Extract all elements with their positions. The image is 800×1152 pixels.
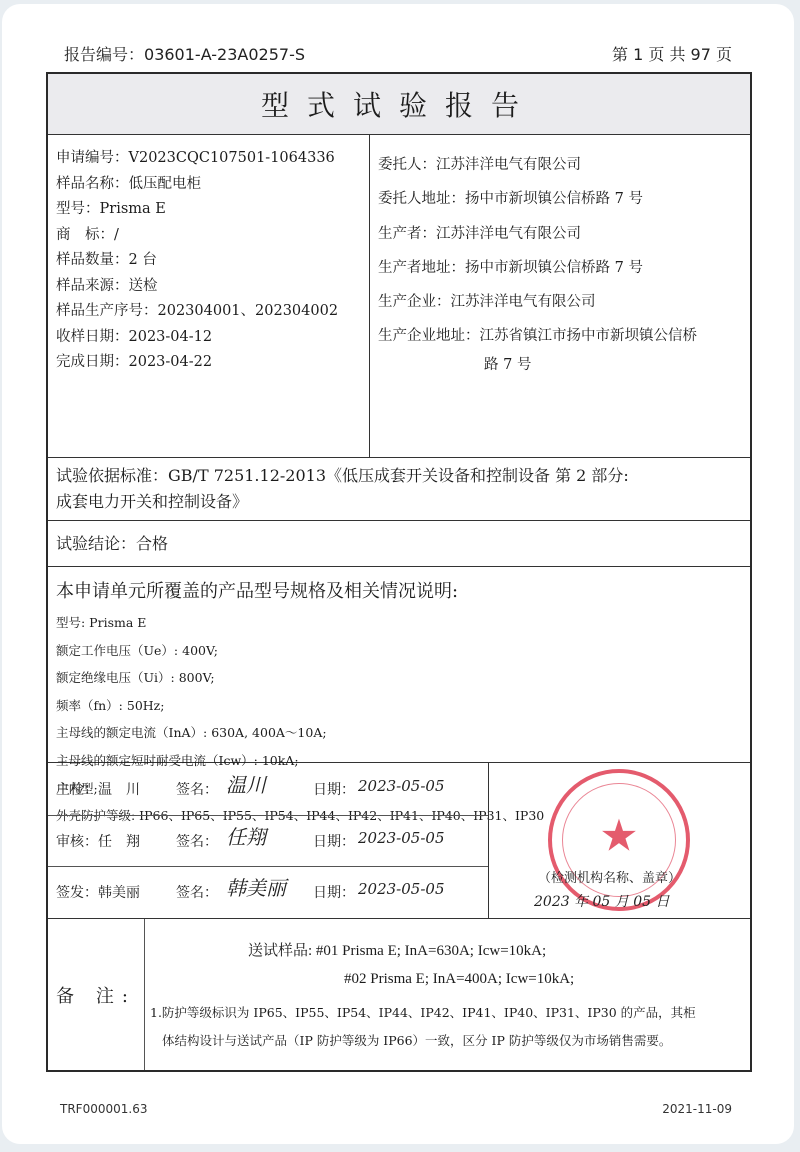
handwritten-signature: 任翔 bbox=[226, 821, 266, 850]
info-left-row: 型号：Prisma E bbox=[56, 197, 369, 223]
sample-line-1: 送试样品: #01 Prisma E; InA=630A; Icw=10kA; bbox=[248, 939, 546, 960]
field-value: 扬中市新坝镇公信桥路 7 号 bbox=[465, 191, 643, 207]
info-left-row: 商 标：/ bbox=[56, 223, 369, 249]
field-label: 样品名称： bbox=[56, 176, 129, 192]
info-right-row: 委托人：江苏沣洋电气有限公司 bbox=[378, 148, 750, 182]
field-value: / bbox=[114, 227, 119, 243]
field-value: 扬中市新坝镇公信桥路 7 号 bbox=[465, 260, 643, 276]
remarks-body: 送试样品: #01 Prisma E; InA=630A; Icw=10kA; … bbox=[144, 919, 750, 1070]
sample-line-2: #02 Prisma E; InA=400A; Icw=10kA; bbox=[344, 971, 574, 988]
field-value: 202304001、202304002 bbox=[158, 303, 339, 319]
conclusion-label: 试验结论： bbox=[56, 534, 136, 553]
report-table: 型式试验报告 申请编号：V2023CQC107501-1064336样品名称：低… bbox=[46, 72, 752, 1072]
handwritten-signature: 温川 bbox=[226, 769, 266, 798]
standard-label: 试验依据标准： bbox=[56, 466, 168, 485]
handwritten-date: 2023-05-05 bbox=[358, 880, 444, 898]
field-label: 生产企业： bbox=[378, 294, 451, 310]
conclusion-value: 合格 bbox=[136, 534, 168, 553]
field-label: 生产者： bbox=[378, 226, 436, 242]
remarks-section: 备 注: 送试样品: #01 Prisma E; InA=630A; Icw=1… bbox=[48, 918, 750, 1070]
field-value: 江苏沣洋电气有限公司 bbox=[451, 294, 596, 310]
scope-line: 频率（fn）: 50Hz; bbox=[56, 692, 750, 720]
date-label: 日期： bbox=[313, 831, 355, 851]
date-label: 日期： bbox=[313, 779, 355, 799]
remarks-label: 备 注: bbox=[48, 919, 145, 1070]
field-label: 申请编号： bbox=[56, 150, 129, 166]
info-left-row: 样品来源：送检 bbox=[56, 274, 369, 300]
info-left-row: 申请编号：V2023CQC107501-1064336 bbox=[56, 146, 369, 172]
field-label: 样品数量： bbox=[56, 252, 129, 268]
field-label: 样品来源： bbox=[56, 278, 129, 294]
field-label: 商 标： bbox=[56, 227, 114, 243]
info-right-row: 委托人地址：扬中市新坝镇公信桥路 7 号 bbox=[378, 182, 750, 216]
field-value: Prisma E bbox=[100, 201, 166, 217]
info-left-row: 样品名称：低压配电柜 bbox=[56, 172, 369, 198]
info-right-row: 生产者地址：扬中市新坝镇公信桥路 7 号 bbox=[378, 251, 750, 285]
sample-1: #01 Prisma E; InA=630A; Icw=10kA; bbox=[316, 943, 546, 959]
field-value: 送检 bbox=[129, 278, 158, 294]
info-left-row: 样品数量：2 台 bbox=[56, 248, 369, 274]
form-date: 2021-11-09 bbox=[662, 1102, 732, 1116]
seal-caption: （检测机构名称、盖章） bbox=[538, 867, 681, 886]
field-label: 完成日期： bbox=[56, 354, 129, 370]
client-info: 委托人：江苏沣洋电气有限公司委托人地址：扬中市新坝镇公信桥路 7 号生产者：江苏… bbox=[370, 134, 750, 471]
signature-label: 签名： bbox=[176, 831, 218, 851]
field-value: 江苏沣洋电气有限公司 bbox=[436, 226, 581, 242]
form-number: TRF000001.63 bbox=[60, 1102, 147, 1116]
standard-value-line1: GB/T 7251.12-2013《低压成套开关设备和控制设备 第 2 部分: bbox=[168, 466, 629, 485]
seal-area: ★ （检测机构名称、盖章） 2023 年 05 月 05 日 bbox=[488, 763, 750, 918]
field-value: 2023-04-12 bbox=[129, 329, 213, 345]
field-value: V2023CQC107501-1064336 bbox=[129, 150, 335, 166]
seal-date: 2023 年 05 月 05 日 bbox=[534, 891, 670, 911]
scope-line: 额定绝缘电压（Ui）: 800V; bbox=[56, 664, 750, 692]
note-line-1: 1.防护等级标识为 IP65、IP55、IP54、IP44、IP42、IP41、… bbox=[150, 1003, 696, 1021]
signature-label: 签名： bbox=[176, 882, 218, 902]
report-page: 报告编号：03601-A-23A0257-S 第 1 页 共 97 页 型式试验… bbox=[2, 4, 794, 1144]
field-value: 2 台 bbox=[129, 252, 157, 268]
info-left-row: 完成日期：2023-04-22 bbox=[56, 350, 369, 376]
info-right-row: 生产者：江苏沣洋电气有限公司 bbox=[378, 217, 750, 251]
page-footer: TRF000001.63 2021-11-09 bbox=[60, 1102, 732, 1116]
sample-info: 申请编号：V2023CQC107501-1064336样品名称：低压配电柜型号：… bbox=[48, 134, 370, 457]
field-label: 生产企业地址： bbox=[378, 328, 480, 344]
official-seal: ★ bbox=[548, 769, 690, 911]
info-left-row: 收样日期：2023-04-12 bbox=[56, 325, 369, 351]
scope-heading: 本申请单元所覆盖的产品型号规格及相关情况说明: bbox=[56, 577, 750, 607]
field-label: 委托人： bbox=[378, 157, 436, 173]
date-label: 日期： bbox=[313, 882, 355, 902]
test-conclusion: 试验结论：合格 bbox=[48, 521, 750, 567]
report-number: 报告编号：03601-A-23A0257-S bbox=[64, 42, 305, 65]
field-value: 2023-04-22 bbox=[129, 354, 213, 370]
field-value: 江苏省镇江市扬中市新坝镇公信桥 bbox=[480, 328, 698, 344]
info-right-row: 生产企业：江苏沣洋电气有限公司 bbox=[378, 285, 750, 319]
report-title: 型式试验报告 bbox=[48, 74, 750, 135]
page-header: 报告编号：03601-A-23A0257-S 第 1 页 共 97 页 bbox=[64, 42, 732, 65]
signature-label: 签名： bbox=[176, 779, 218, 799]
signature-row: 签发：韩美丽签名：韩美丽日期：2023-05-05 bbox=[48, 866, 488, 918]
info-section: 申请编号：V2023CQC107501-1064336样品名称：低压配电柜型号：… bbox=[48, 134, 750, 458]
signature-row: 主检：温 川签名：温川日期：2023-05-05 bbox=[48, 763, 488, 816]
field-value: 江苏沣洋电气有限公司 bbox=[436, 157, 581, 173]
field-label: 样品生产序号： bbox=[56, 303, 158, 319]
standard-value-line2: 成套电力开关和控制设备》 bbox=[56, 489, 750, 515]
field-label: 型号： bbox=[56, 201, 100, 217]
info-left-row: 样品生产序号：202304001、202304002 bbox=[56, 299, 369, 325]
handwritten-signature: 韩美丽 bbox=[226, 872, 286, 901]
sample-label: 送试样品: bbox=[248, 943, 312, 959]
product-scope: 本申请单元所覆盖的产品型号规格及相关情况说明: 型号: Prisma E额定工作… bbox=[48, 567, 750, 763]
handwritten-date: 2023-05-05 bbox=[358, 777, 444, 795]
page-info: 第 1 页 共 97 页 bbox=[612, 42, 732, 65]
scope-line: 额定工作电压（Ue）: 400V; bbox=[56, 637, 750, 665]
signature-block: 主检：温 川签名：温川日期：2023-05-05审核：任 翔签名：任翔日期：20… bbox=[48, 763, 489, 918]
star-icon: ★ bbox=[599, 814, 638, 858]
scope-line: 主母线的额定电流（InA）: 630A, 400A～10A; bbox=[56, 719, 750, 747]
test-standard: 试验依据标准：GB/T 7251.12-2013《低压成套开关设备和控制设备 第… bbox=[48, 457, 750, 521]
info-right-row: 生产企业地址：江苏省镇江市扬中市新坝镇公信桥 bbox=[378, 319, 750, 353]
field-value: 低压配电柜 bbox=[129, 176, 202, 192]
field-label: 委托人地址： bbox=[378, 191, 465, 207]
signature-row: 审核：任 翔签名：任翔日期：2023-05-05 bbox=[48, 815, 488, 868]
note-line-2: 体结构设计与送试产品（IP 防护等级为 IP66）一致，区分 IP 防护等级仅为… bbox=[162, 1031, 671, 1049]
scope-line: 型号: Prisma E bbox=[56, 609, 750, 637]
role: 主检：温 川 bbox=[56, 779, 140, 799]
field-label: 收样日期： bbox=[56, 329, 129, 345]
field-label: 生产者地址： bbox=[378, 260, 465, 276]
address-continuation: 路 7 号 bbox=[378, 354, 750, 380]
handwritten-date: 2023-05-05 bbox=[358, 829, 444, 847]
role: 签发：韩美丽 bbox=[56, 882, 140, 902]
role: 审核：任 翔 bbox=[56, 831, 140, 851]
